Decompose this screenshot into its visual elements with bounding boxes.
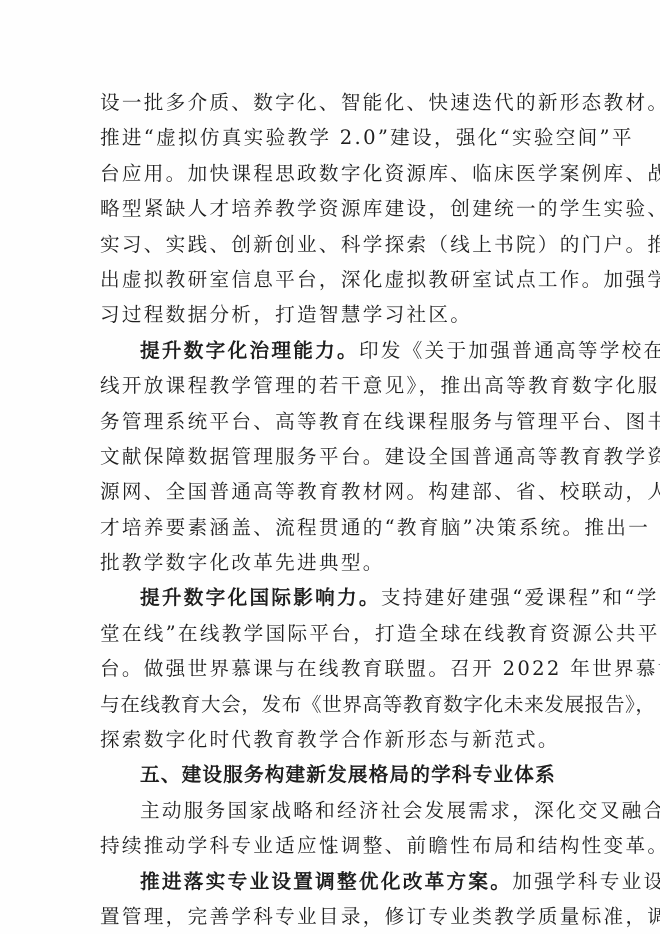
text-line: 线开放课程教学管理的若干意见》，推出高等教育数字化服 xyxy=(100,368,562,403)
text-run: 印发《关于加强普通高等学校在 xyxy=(359,339,660,362)
text-line: 与在线教育大会，发布《世界高等教育数字化未来发展报告》， xyxy=(100,687,562,722)
bold-lead: 提升数字化治理能力。 xyxy=(140,339,359,362)
text-line: 推进“虚拟仿真实验教学 2.0”建设，强化“实验空间”平 xyxy=(100,120,562,155)
bold-lead: 提升数字化国际影响力。 xyxy=(140,586,381,609)
text-line: 文献保障数据管理服务平台。建设全国普通高等教育教学资 xyxy=(100,439,562,474)
section-heading: 五、建设服务构建新发展格局的学科专业体系 xyxy=(100,757,562,792)
text-line: 批教学数字化改革先进典型。 xyxy=(100,545,562,580)
text-line: 设一批多介质、数字化、智能化、快速迭代的新形态教材。 xyxy=(100,85,562,120)
text-line: 置管理，完善学科专业目录，修订专业类教学质量标准，调 xyxy=(100,899,562,934)
text-line: 习过程数据分析，打造智慧学习社区。 xyxy=(100,297,562,332)
text-line: 推进落实专业设置调整优化改革方案。加强学科专业设 xyxy=(100,864,562,899)
paragraph-digital-governance: 提升数字化治理能力。印发《关于加强普通高等学校在 线开放课程教学管理的若干意见》… xyxy=(100,333,562,581)
text-line: 出虚拟教研室信息平台，深化虚拟教研室试点工作。加强学 xyxy=(100,262,562,297)
text-line: 才培养要素涵盖、流程贯通的“教育脑”决策系统。推出一 xyxy=(100,510,562,545)
text-line: 主动服务国家战略和经济社会发展需求，深化交叉融合， xyxy=(100,793,562,828)
text-line: 源网、全国普通高等教育教材网。构建部、省、校联动，人 xyxy=(100,474,562,509)
text-run: 加强学科专业设 xyxy=(512,870,660,893)
text-run: 支持建好建强“爱课程”和“学 xyxy=(381,586,659,609)
text-line: 探索数字化时代教育教学合作新形态与新范式。 xyxy=(100,722,562,757)
text-line: 台。做强世界慕课与在线教育联盟。召开 2022 年世界慕课 xyxy=(100,651,562,686)
text-line: 台应用。加快课程思政数字化资源库、临床医学案例库、战 xyxy=(100,156,562,191)
text-line: 堂在线”在线教学国际平台，打造全球在线教育资源公共平 xyxy=(100,616,562,651)
text-line: 务管理系统平台、高等教育在线课程服务与管理平台、图书 xyxy=(100,404,562,439)
text-line: 略型紧缺人才培养教学资源库建设，创建统一的学生实验、 xyxy=(100,191,562,226)
paragraph-international-influence: 提升数字化国际影响力。支持建好建强“爱课程”和“学 堂在线”在线教学国际平台，打… xyxy=(100,580,562,757)
text-line: 提升数字化治理能力。印发《关于加强普通高等学校在 xyxy=(100,333,562,368)
paragraph-new-textbooks: 设一批多介质、数字化、智能化、快速迭代的新形态教材。 推进“虚拟仿真实验教学 2… xyxy=(100,85,562,333)
paragraph-major-reform: 推进落实专业设置调整优化改革方案。加强学科专业设 置管理，完善学科专业目录，修订… xyxy=(100,864,562,934)
bold-lead: 推进落实专业设置调整优化改革方案。 xyxy=(140,870,512,893)
text-line: 提升数字化国际影响力。支持建好建强“爱课程”和“学 xyxy=(100,580,562,615)
document-body: 设一批多介质、数字化、智能化、快速迭代的新形态教材。 推进“虚拟仿真实验教学 2… xyxy=(100,85,562,934)
page-number: 6 xyxy=(0,842,660,859)
text-line: 实习、实践、创新创业、科学探索（线上书院）的门户。推 xyxy=(100,227,562,262)
document-page: 设一批多介质、数字化、智能化、快速迭代的新形态教材。 推进“虚拟仿真实验教学 2… xyxy=(0,0,660,934)
